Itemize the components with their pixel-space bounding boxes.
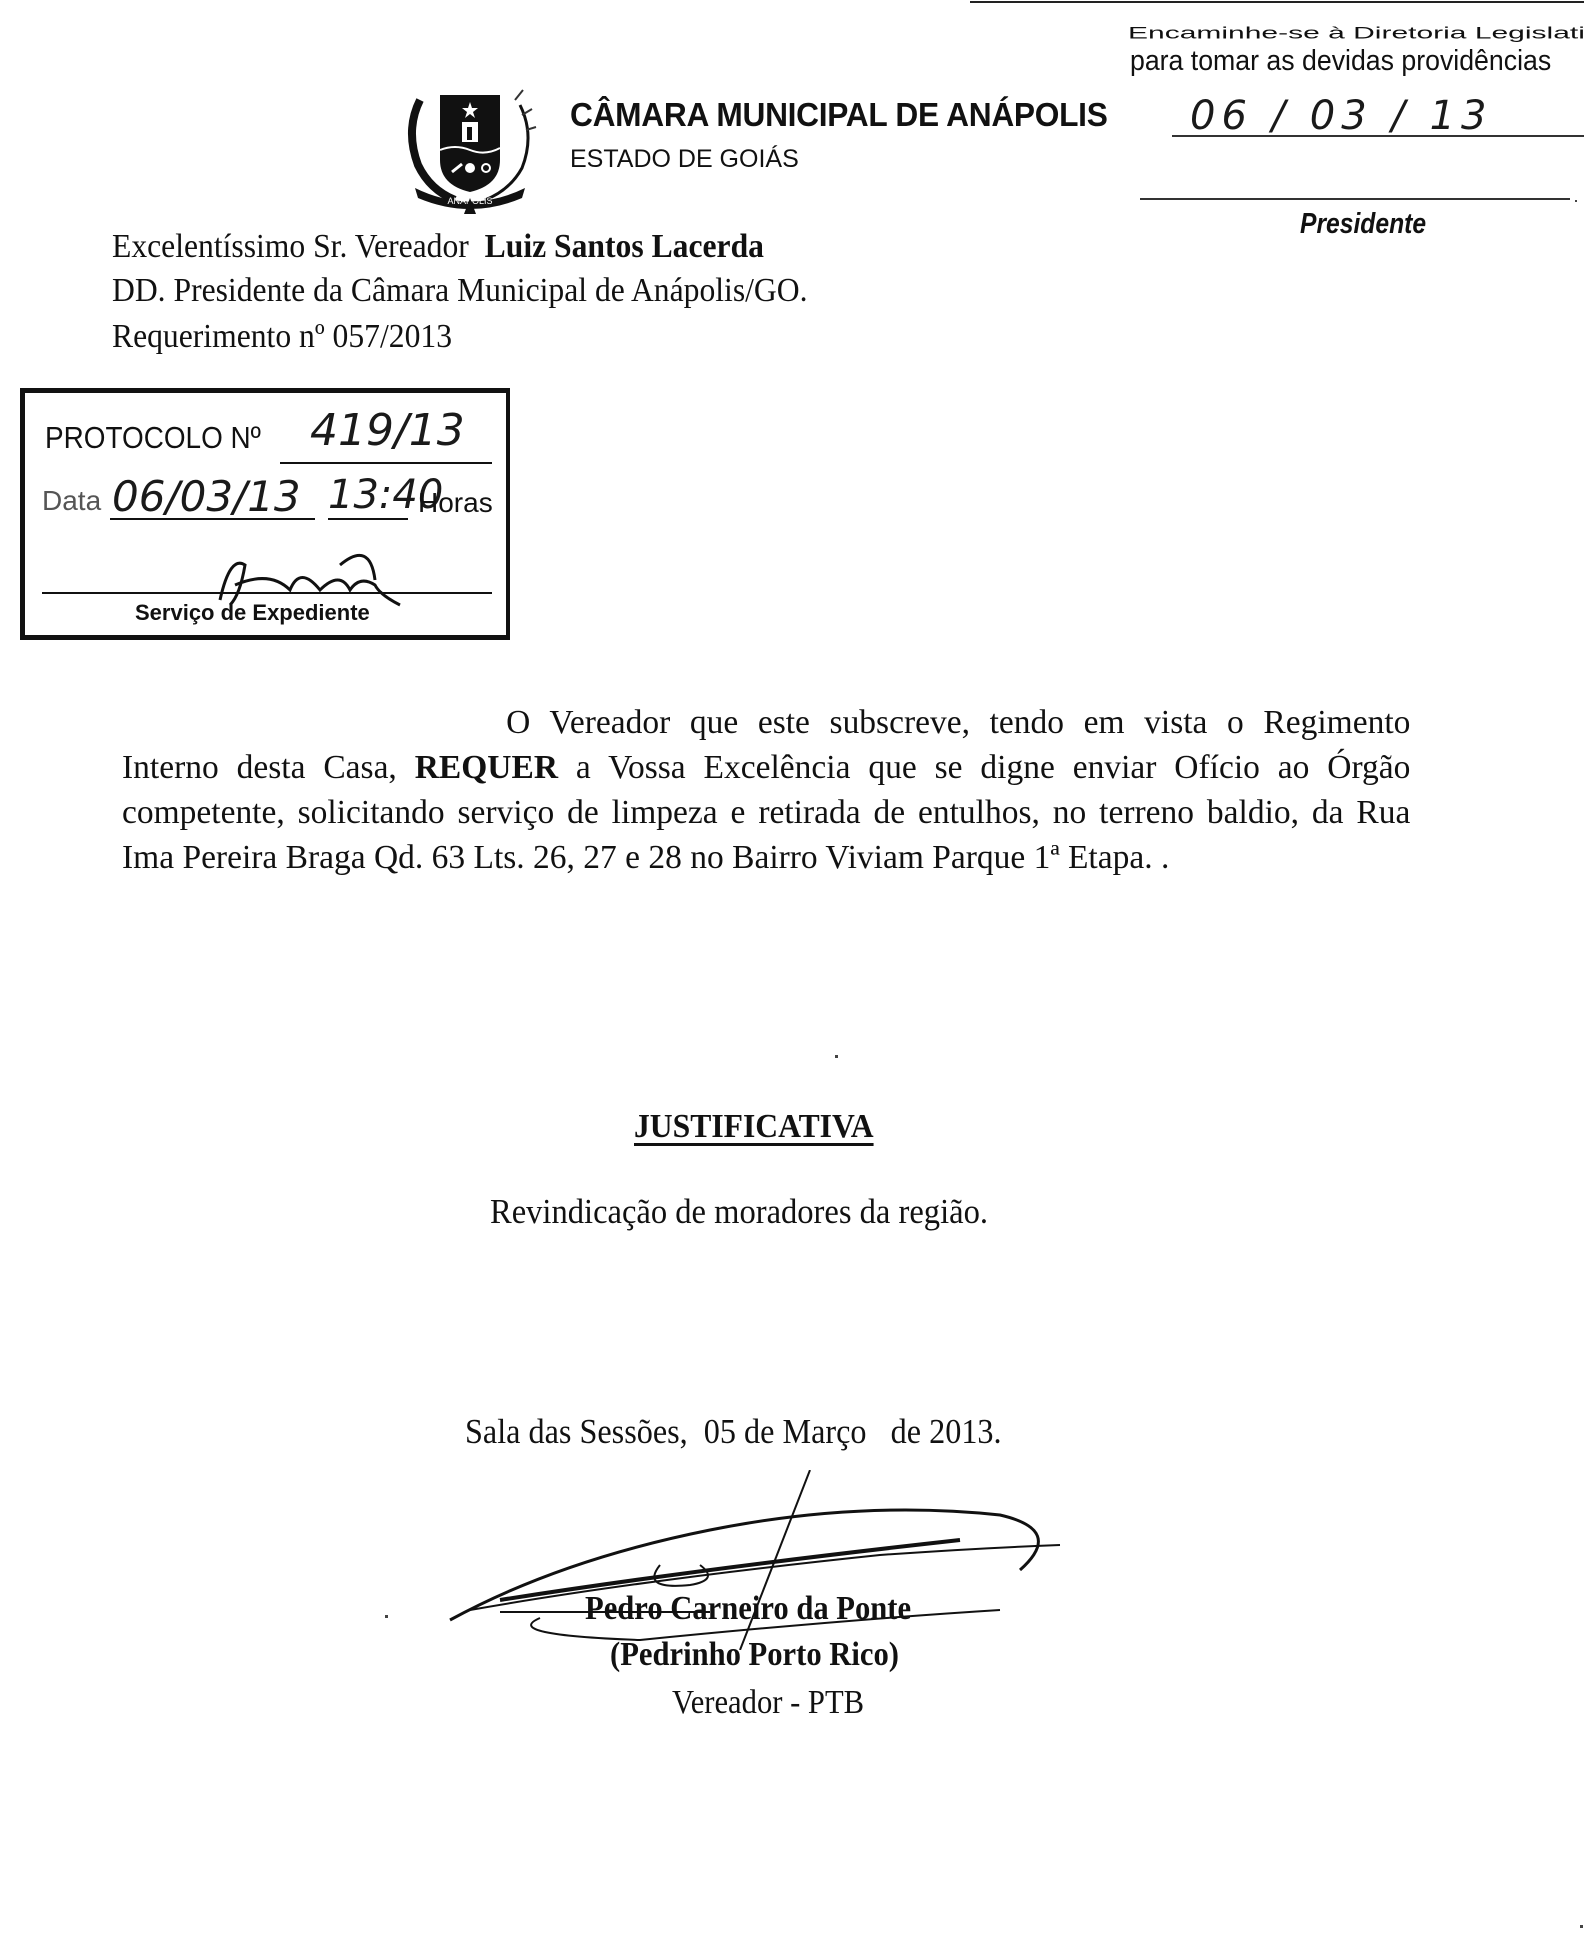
justification-title: JUSTIFICATIVA — [634, 1108, 874, 1146]
protocol-hours-label: Horas — [418, 487, 493, 519]
request-body: O Vereador que este subscreve, tendo em … — [122, 700, 1410, 880]
justification-text: Revindicação de moradores da região. — [490, 1192, 988, 1232]
dispatch-note-line1: Encaminhe-se à Diretoria Legislativa — [1128, 26, 1584, 43]
organization-name: CÂMARA MUNICIPAL DE ANÁPOLIS — [570, 96, 1108, 134]
protocol-date-label: Data — [42, 485, 101, 517]
protocol-date-value: 06/03/13 — [112, 472, 301, 521]
body-keyword: REQUER — [415, 749, 558, 786]
protocol-number-line — [280, 462, 492, 464]
addressee-salutation: Excelentíssimo Sr. Vereador Luiz Santos … — [112, 228, 764, 266]
time-line — [328, 518, 408, 520]
request-reference: Requerimento nº 057/2013 — [112, 318, 452, 356]
signer-name: Pedro Carneiro da Ponte — [585, 1590, 911, 1628]
municipal-coat-of-arms-icon: ANÁPOLIS — [400, 80, 540, 215]
dispatch-date-line — [1172, 135, 1584, 137]
addressee-title: DD. Presidente da Câmara Municipal de An… — [112, 272, 807, 310]
dispatch-note-line2: para tomar as devidas providências — [1130, 45, 1551, 78]
protocol-stamp-footer: Serviço de Expediente — [135, 600, 370, 626]
scan-speck — [1580, 1925, 1583, 1928]
scan-speck — [835, 1055, 838, 1058]
salutation-text: Excelentíssimo Sr. Vereador — [112, 228, 469, 265]
signer-alias: (Pedrinho Porto Rico) — [610, 1636, 899, 1674]
top-border-rule — [970, 1, 1584, 3]
signer-role: Vereador - PTB — [672, 1684, 864, 1722]
addressee-name: Luiz Santos Lacerda — [485, 228, 764, 265]
protocol-number-label: PROTOCOLO Nº — [45, 420, 261, 456]
closing-place-date: Sala das Sessões, 05 de Março de 2013. — [465, 1412, 1002, 1452]
scan-speck — [1575, 200, 1577, 202]
scan-speck — [385, 1615, 388, 1618]
dispatch-date-handwritten: 06 / 03 / 13 — [1190, 93, 1493, 139]
date-year-line — [250, 518, 315, 520]
protocol-number-value: 419/13 — [310, 405, 465, 456]
president-label: Presidente — [1300, 208, 1426, 241]
president-signature-line — [1140, 198, 1570, 200]
organization-state: ESTADO DE GOIÁS — [570, 145, 799, 174]
clerk-signature-line — [42, 592, 492, 594]
